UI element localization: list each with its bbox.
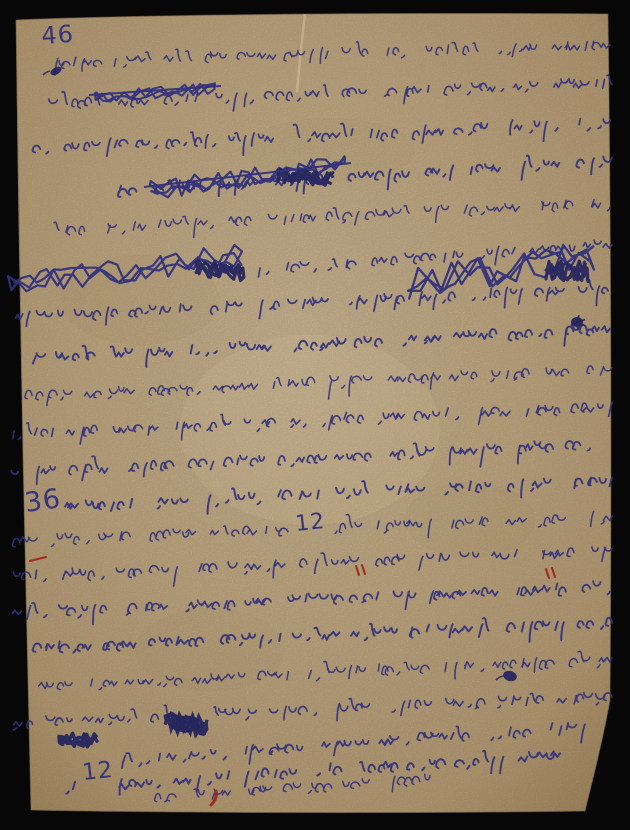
numeral-12-bottom: 12	[81, 757, 115, 786]
numeral-12-mid: 12	[294, 509, 326, 537]
manuscript-scan: 46361212	[0, 0, 630, 830]
numeral-36: 36	[23, 483, 63, 519]
page-number: 46	[40, 20, 74, 50]
scan-canvas: 46361212	[0, 0, 630, 830]
